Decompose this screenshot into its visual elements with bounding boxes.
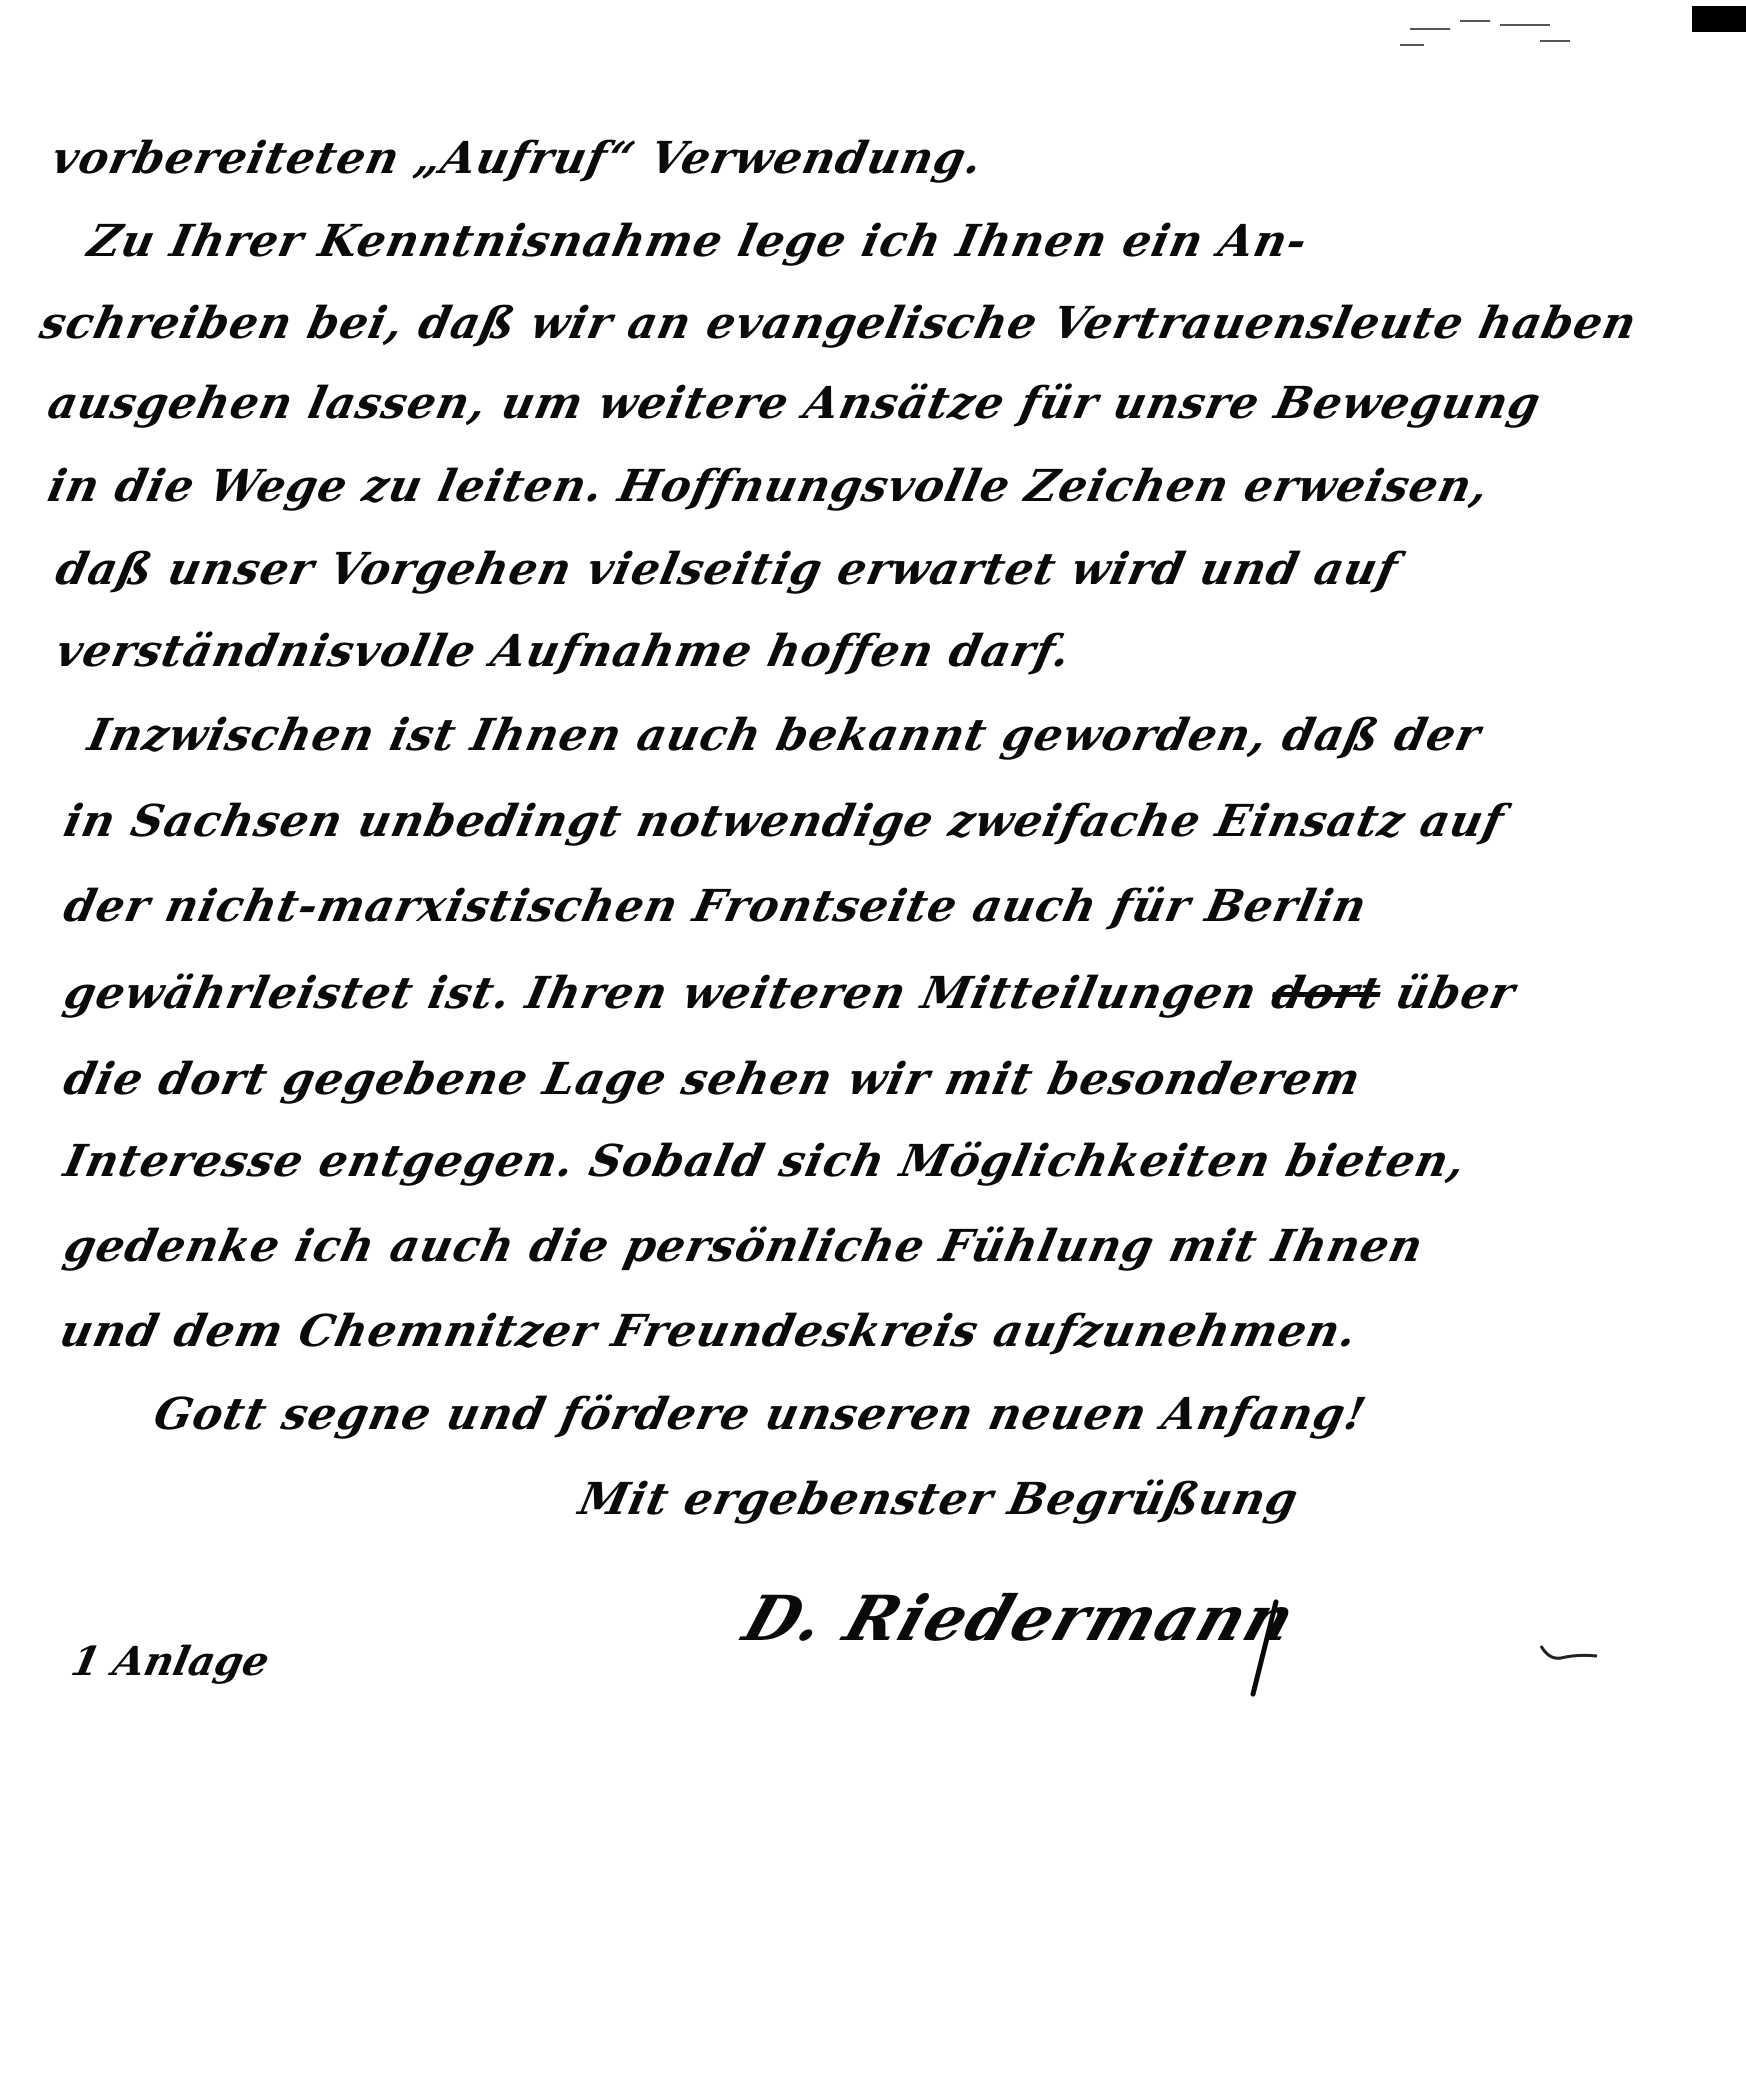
letter-line-11: gewährleistet ist. Ihren weiteren Mittei… bbox=[60, 972, 1519, 1016]
letter-line-5: in die Wege zu leiten. Hoffnungsvolle Ze… bbox=[44, 465, 1492, 509]
signature: D. Riedermann bbox=[735, 1582, 1305, 1655]
letter-line-6: daß unser Vorgehen vielseitig erwartet w… bbox=[52, 548, 1402, 592]
letter-line-12: die dort gegebene Lage sehen wir mit bes… bbox=[60, 1058, 1365, 1102]
letter-line-7: verständnisvolle Aufnahme hoffen darf. bbox=[52, 630, 1075, 674]
letter-line-15: und dem Chemnitzer Freundeskreis aufzune… bbox=[56, 1310, 1361, 1354]
letter-blessing: Gott segne und fördere unseren neuen Anf… bbox=[150, 1393, 1370, 1437]
scan-artifact-blot bbox=[1692, 6, 1746, 32]
letter-line-10: der nicht-marxistischen Frontseite auch … bbox=[60, 885, 1371, 929]
struck-word: dort bbox=[1267, 968, 1385, 1019]
letter-line-14: gedenke ich auch die persönliche Fühlung… bbox=[60, 1225, 1427, 1269]
letter-line-8: Inzwischen ist Ihnen auch bekannt geword… bbox=[84, 714, 1485, 758]
letter-closing: Mit ergebenster Begrüßung bbox=[575, 1478, 1302, 1522]
letter-line-4: ausgehen lassen, um weitere Ansätze für … bbox=[44, 382, 1545, 426]
letter-line-13: Interesse entgegen. Sobald sich Möglichk… bbox=[60, 1140, 1469, 1184]
letter-page: vorbereiteten „Aufruf“ Verwendung. Zu Ih… bbox=[0, 0, 1746, 2094]
line-11-text-before: gewährleistet ist. Ihren weiteren Mittei… bbox=[59, 968, 1278, 1019]
letter-line-9: in Sachsen unbedingt notwendige zweifach… bbox=[60, 800, 1508, 844]
line-11-text-after: über bbox=[1375, 968, 1520, 1019]
enclosure-note: 1 Anlage bbox=[67, 1638, 273, 1685]
margin-tick-mark bbox=[1537, 1640, 1607, 1670]
letter-line-3: schreiben bei, daß wir an evangelische V… bbox=[36, 302, 1641, 346]
letter-line-2: Zu Ihrer Kenntnisnahme lege ich Ihnen ei… bbox=[84, 220, 1311, 264]
scan-artifact-noise bbox=[1390, 10, 1600, 60]
letter-line-1: vorbereiteten „Aufruf“ Verwendung. bbox=[48, 137, 987, 181]
